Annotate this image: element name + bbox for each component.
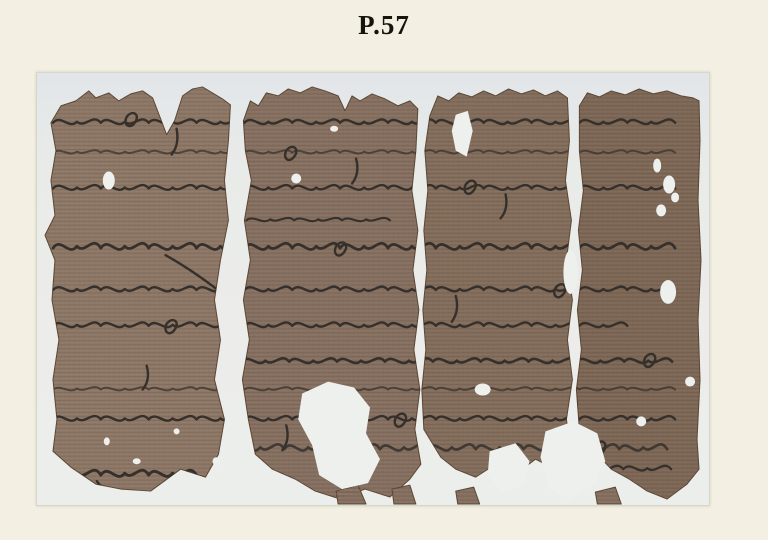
lacuna — [563, 250, 577, 294]
lacuna — [291, 174, 301, 184]
lacuna — [656, 204, 666, 216]
book-page: P.57 — [0, 0, 768, 540]
lacuna — [330, 126, 338, 132]
lacuna — [475, 384, 491, 396]
script-flourish — [571, 396, 576, 421]
lacuna — [212, 457, 220, 465]
lacuna — [636, 416, 646, 426]
lacuna — [685, 377, 695, 387]
lacuna — [104, 437, 110, 445]
papyrus-photograph — [36, 72, 710, 506]
lacuna — [671, 192, 679, 202]
lacuna — [174, 428, 180, 434]
plate-number-label: P.57 — [0, 10, 768, 41]
lacuna — [103, 172, 115, 190]
script-flourish — [233, 254, 238, 281]
lacuna — [660, 280, 676, 304]
lacuna — [541, 421, 606, 499]
lacuna — [653, 159, 661, 173]
lacuna — [133, 458, 141, 464]
papyrus-photo-canvas — [37, 73, 709, 505]
lacuna — [663, 176, 675, 194]
